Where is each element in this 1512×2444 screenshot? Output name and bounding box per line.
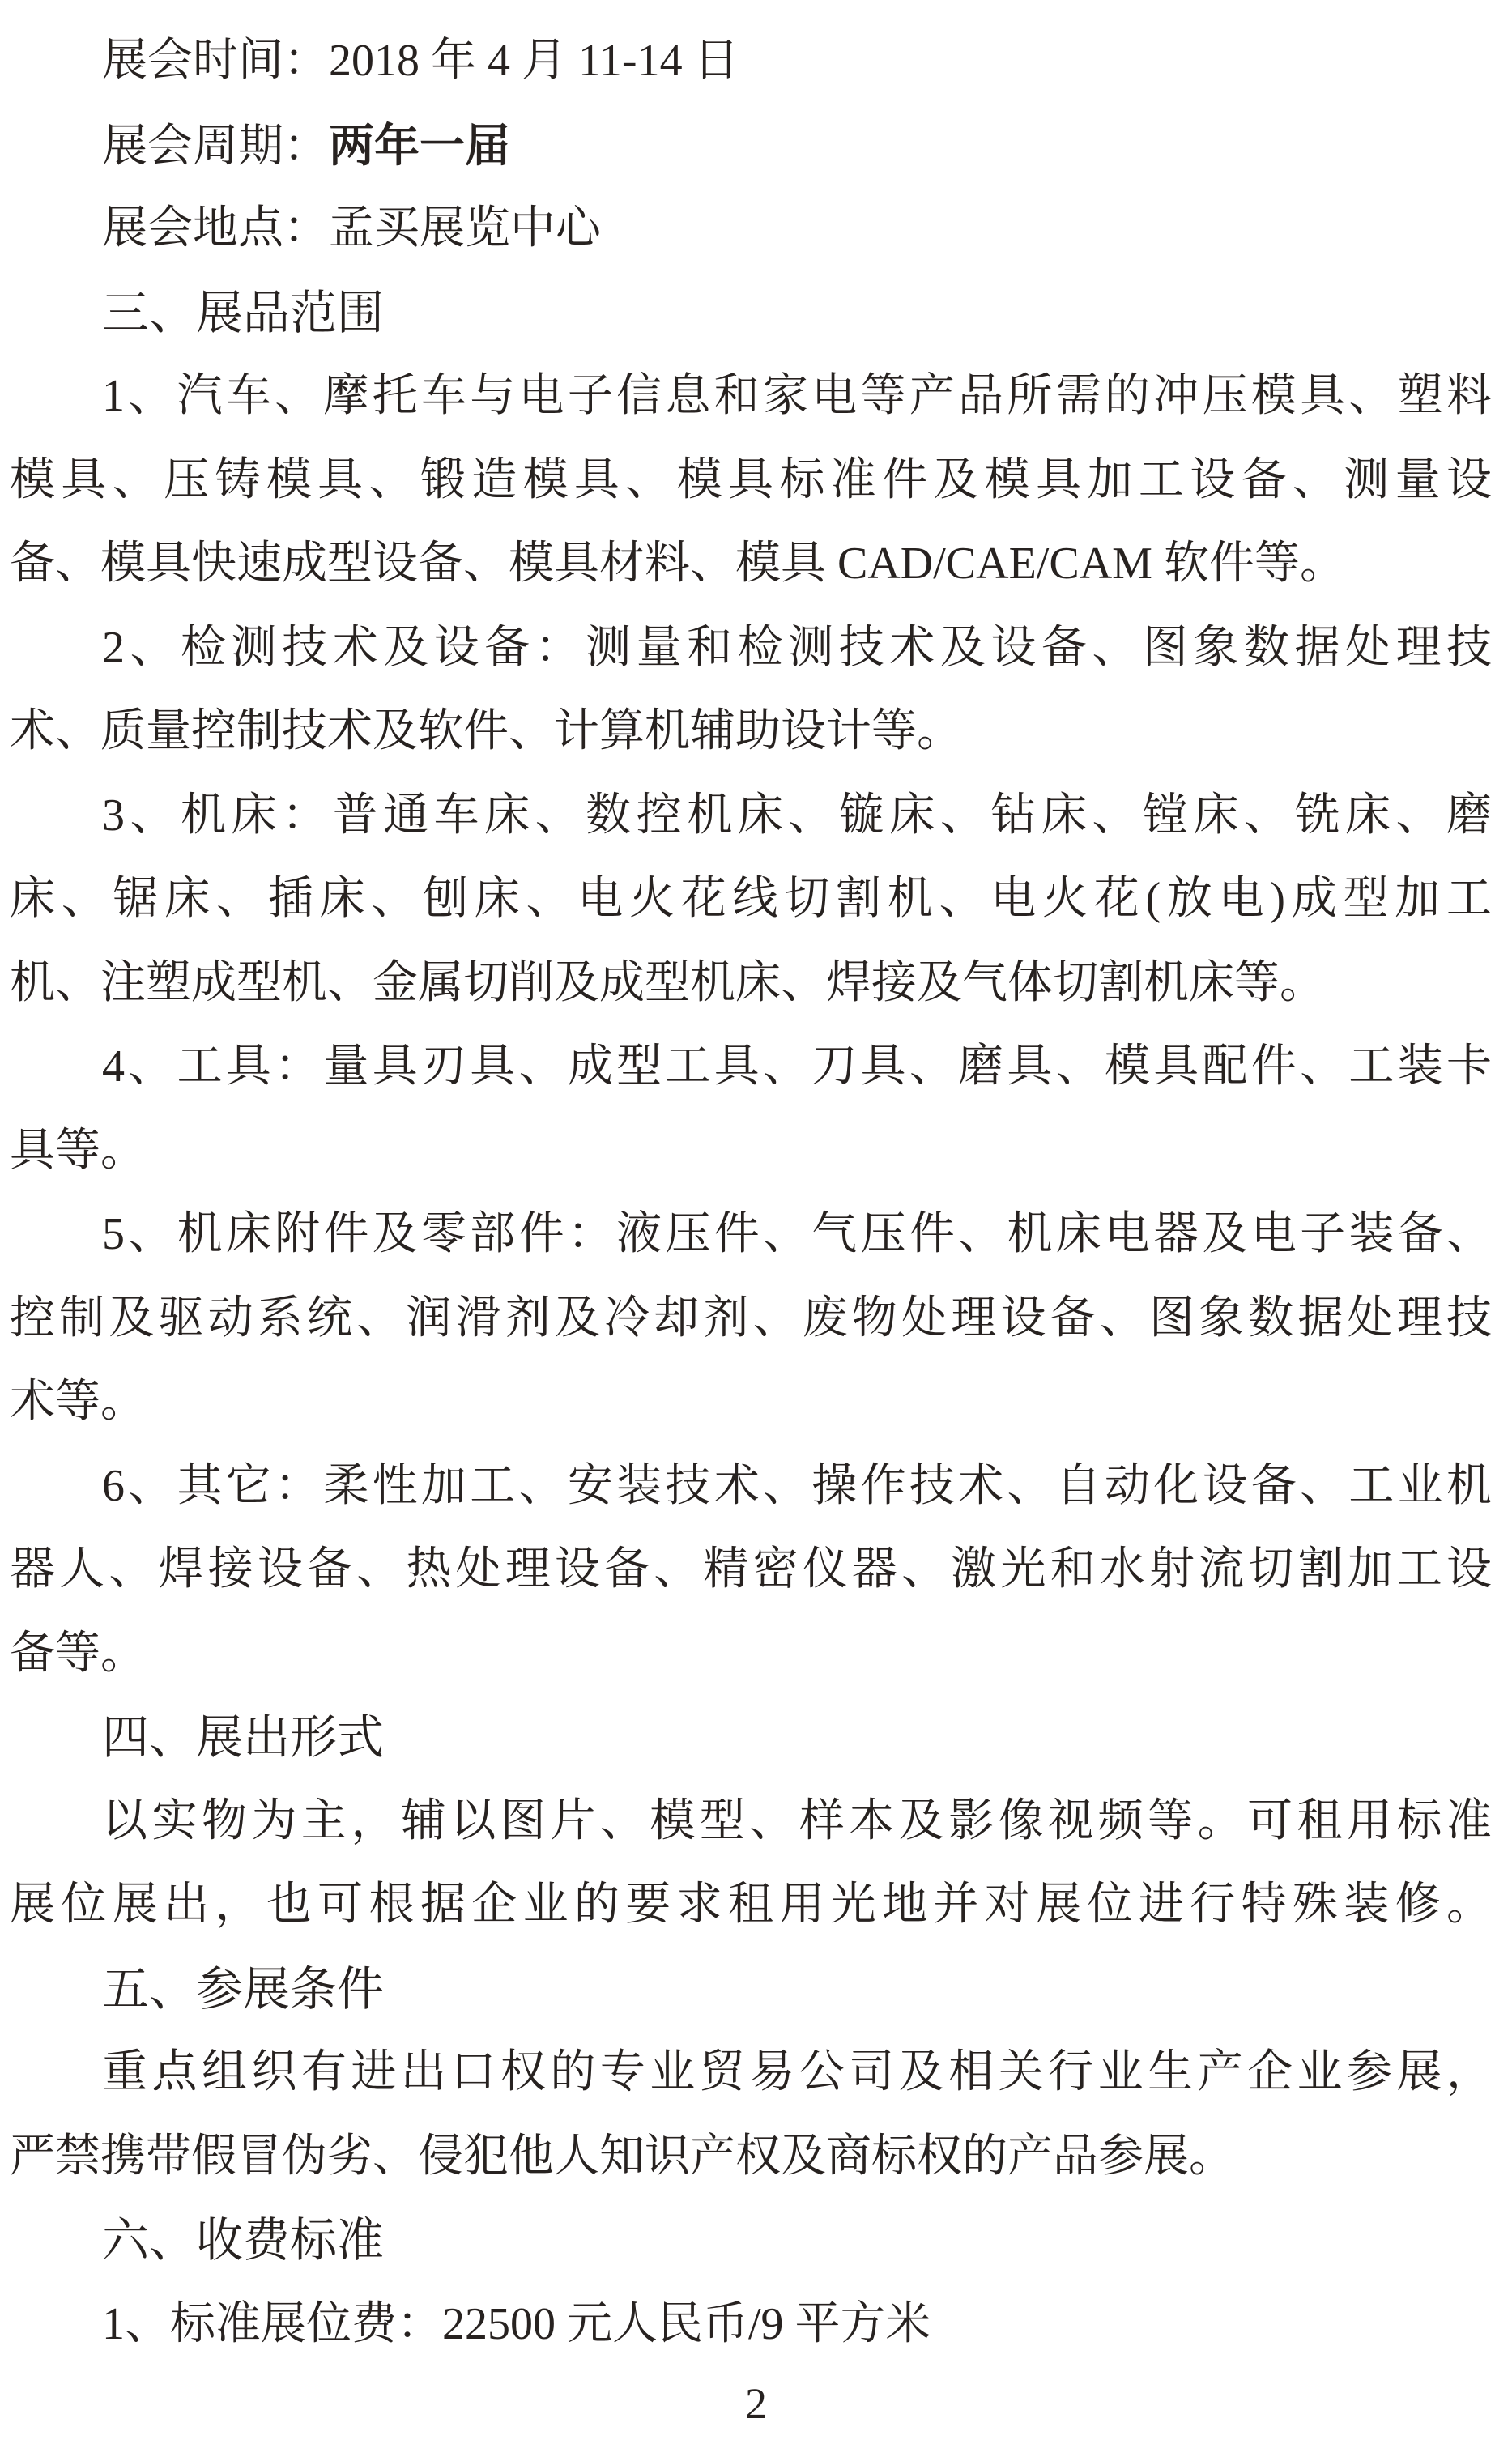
text-run: 展会时间：2018 年 4 月 11-14 日: [102, 36, 739, 86]
text-run: 5、机床附件及零部件：液压件、气压件、机床电器及电子装备、: [102, 1209, 1494, 1259]
document-line: 6、其它：柔性加工、安装技术、操作技术、自动化设备、工业机: [0, 1445, 1512, 1529]
text-run: 术等。: [10, 1377, 146, 1427]
document-line: 床、锯床、插床、刨床、电火花线切割机、电火花(放电)成型加工: [0, 858, 1512, 942]
bold-text-run: 两年一届: [329, 120, 510, 171]
section-heading: 三、展品范围: [0, 271, 1512, 356]
text-run: 展会地点：孟买展览中心: [102, 203, 601, 253]
document-line: 1、汽车、摩托车与电子信息和家电等产品所需的冲压模具、塑料: [0, 355, 1512, 439]
text-run: 床、锯床、插床、刨床、电火花线切割机、电火花(放电)成型加工: [10, 874, 1494, 924]
document-line: 3、机床：普通车床、数控机床、镟床、钻床、镗床、铣床、磨: [0, 774, 1512, 858]
text-run: 备、模具快速成型设备、模具材料、模具 CAD/CAE/CAM 软件等。: [10, 539, 1345, 589]
text-run: 以实物为主，辅以图片、模型、样本及影像视频等。可租用标准: [102, 1796, 1494, 1846]
text-run: 展位展出，也可根据企业的要求租用光地并对展位进行特殊装修。: [10, 1880, 1494, 1930]
document-line: 机、注塑成型机、金属切削及成型机床、焊接及气体切割机床等。: [0, 942, 1512, 1026]
document-line: 以实物为主，辅以图片、模型、样本及影像视频等。可租用标准: [0, 1780, 1512, 1864]
text-run: 四、展出形式: [102, 1711, 384, 1764]
section-heading: 四、展出形式: [0, 1696, 1512, 1780]
document-line: 术等。: [0, 1360, 1512, 1445]
text-run: 严禁携带假冒伪劣、侵犯他人知识产权及商标权的产品参展。: [10, 2131, 1234, 2182]
text-run: 重点组织有进出口权的专业贸易公司及相关行业生产企业参展，: [102, 2047, 1494, 2097]
document-line: 4、工具：量具刃具、成型工具、刀具、磨具、模具配件、工装卡: [0, 1025, 1512, 1109]
document-line: 展会时间：2018 年 4 月 11-14 日: [0, 19, 1512, 104]
document-line: 展会地点：孟买展览中心: [0, 187, 1512, 271]
text-run: 器人、焊接设备、热处理设备、精密仪器、激光和水射流切割加工设: [10, 1544, 1494, 1595]
document-line: 2、检测技术及设备：测量和检测技术及设备、图象数据处理技: [0, 607, 1512, 691]
document-line: 术、质量控制技术及软件、计算机辅助设计等。: [0, 690, 1512, 774]
text-run: 6、其它：柔性加工、安装技术、操作技术、自动化设备、工业机: [102, 1461, 1494, 1511]
text-run: 备等。: [10, 1629, 146, 1679]
text-run: 3、机床：普通车床、数控机床、镟床、钻床、镗床、铣床、磨: [102, 790, 1494, 841]
text-run: 4、工具：量具刃具、成型工具、刀具、磨具、模具配件、工装卡: [102, 1041, 1494, 1092]
text-run: 展会周期：: [102, 121, 329, 172]
text-run: 2、检测技术及设备：测量和检测技术及设备、图象数据处理技: [102, 623, 1494, 673]
section-heading: 五、参展条件: [0, 1948, 1512, 2032]
text-run: 1、汽车、摩托车与电子信息和家电等产品所需的冲压模具、塑料: [102, 371, 1494, 421]
document-line: 5、机床附件及零部件：液压件、气压件、机床电器及电子装备、: [0, 1193, 1512, 1277]
document-line: 重点组织有进出口权的专业贸易公司及相关行业生产企业参展，: [0, 2031, 1512, 2115]
document-line: 备、模具快速成型设备、模具材料、模具 CAD/CAE/CAM 软件等。: [0, 522, 1512, 607]
text-run: 控制及驱动系统、润滑剂及冷却剂、废物处理设备、图象数据处理技: [10, 1293, 1494, 1343]
page-number: 2: [0, 2378, 1512, 2429]
document-page: 展会时间：2018 年 4 月 11-14 日展会周期：两年一届展会地点：孟买展…: [0, 0, 1512, 2444]
text-run: 五、参展条件: [102, 1963, 384, 2016]
document-body: 展会时间：2018 年 4 月 11-14 日展会周期：两年一届展会地点：孟买展…: [0, 0, 1512, 2366]
document-line: 具等。: [0, 1109, 1512, 1194]
document-line: 备等。: [0, 1612, 1512, 1697]
document-line: 器人、焊接设备、热处理设备、精密仪器、激光和水射流切割加工设: [0, 1528, 1512, 1612]
text-run: 机、注塑成型机、金属切削及成型机床、焊接及气体切割机床等。: [10, 958, 1325, 1008]
text-run: 模具、压铸模具、锻造模具、模具标准件及模具加工设备、测量设: [10, 455, 1494, 505]
document-line: 1、标准展位费：22500 元人民币/9 平方米: [0, 2283, 1512, 2367]
text-run: 1、标准展位费：22500 元人民币/9 平方米: [102, 2299, 931, 2349]
document-line: 控制及驱动系统、润滑剂及冷却剂、废物处理设备、图象数据处理技: [0, 1277, 1512, 1361]
text-run: 三、展品范围: [102, 287, 384, 339]
text-run: 术、质量控制技术及软件、计算机辅助设计等。: [10, 706, 962, 756]
document-line: 模具、压铸模具、锻造模具、模具标准件及模具加工设备、测量设: [0, 439, 1512, 523]
document-line: 展位展出，也可根据企业的要求租用光地并对展位进行特殊装修。: [0, 1863, 1512, 1948]
text-run: 六、收费标准: [102, 2214, 384, 2267]
text-run: 具等。: [10, 1126, 146, 1176]
section-heading: 六、收费标准: [0, 2199, 1512, 2283]
document-line: 严禁携带假冒伪劣、侵犯他人知识产权及商标权的产品参展。: [0, 2115, 1512, 2199]
document-line: 展会周期：两年一届: [0, 104, 1512, 188]
